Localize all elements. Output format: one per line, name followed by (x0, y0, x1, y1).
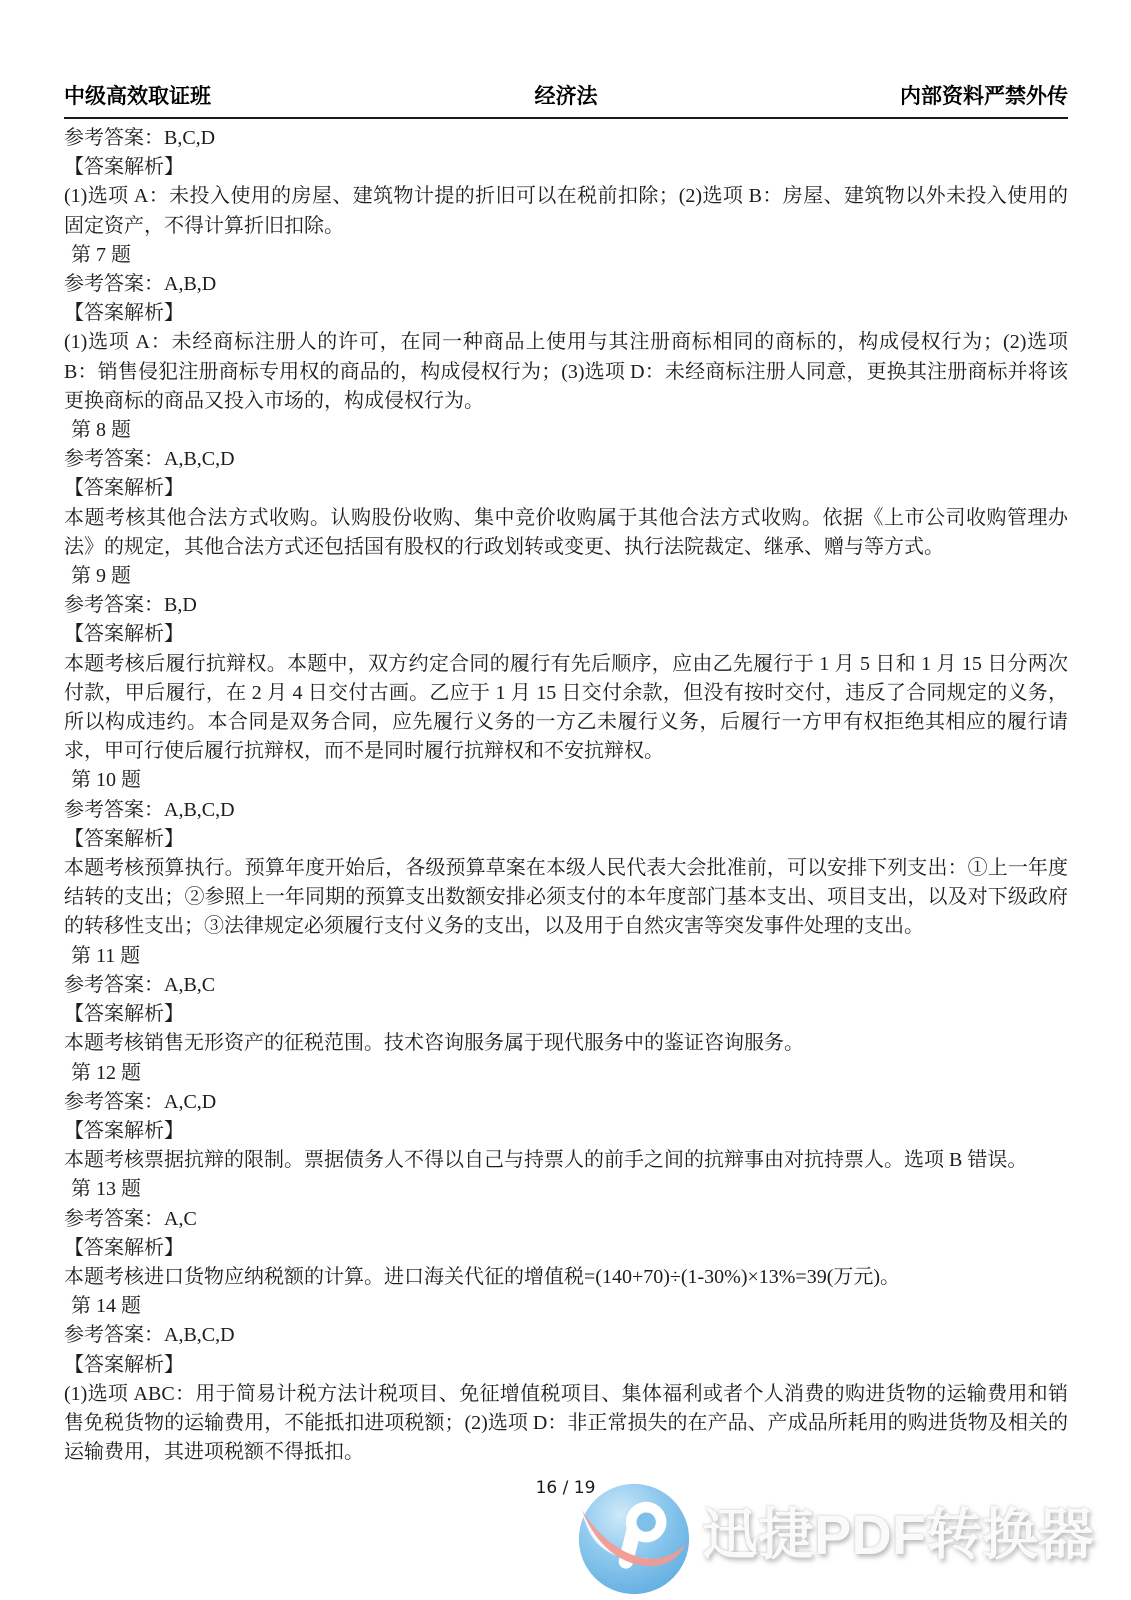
question-title: 第 14 题 (64, 1292, 1068, 1321)
document-page: 中级高效取证班 经济法 内部资料严禁外传 参考答案：B,C,D【答案解析】(1)… (0, 0, 1131, 1467)
analysis-label: 【答案解析】 (64, 153, 1068, 182)
analysis-label: 【答案解析】 (64, 1234, 1068, 1263)
answer-line: 参考答案：A,B,C (64, 971, 1068, 1000)
analysis-text: 本题考核票据抗辩的限制。票据债务人不得以自己与持票人的前手之间的抗辩事由对抗持票… (64, 1146, 1068, 1175)
answer-line: 参考答案：A,B,D (64, 270, 1068, 299)
analysis-text: (1)选项 ABC：用于简易计税方法计税项目、免征增值税项目、集体福利或者个人消… (64, 1380, 1068, 1468)
document-body: 参考答案：B,C,D【答案解析】(1)选项 A：未投入使用的房屋、建筑物计提的折… (64, 124, 1068, 1467)
page-header: 中级高效取证班 经济法 内部资料严禁外传 (64, 80, 1068, 110)
analysis-label: 【答案解析】 (64, 1351, 1068, 1380)
pdf-converter-logo-icon (576, 1481, 692, 1597)
answer-line: 参考答案：B,D (64, 591, 1068, 620)
question-title: 第 11 题 (64, 942, 1068, 971)
analysis-label: 【答案解析】 (64, 299, 1068, 328)
analysis-text: 本题考核后履行抗辩权。本题中，双方约定合同的履行有先后顺序，应由乙先履行于 1 … (64, 650, 1068, 767)
analysis-label: 【答案解析】 (64, 1117, 1068, 1146)
analysis-text: 本题考核进口货物应纳税额的计算。进口海关代征的增值税=(140+70)÷(1-3… (64, 1263, 1068, 1292)
analysis-text: 本题考核销售无形资产的征税范围。技术咨询服务属于现代服务中的鉴证咨询服务。 (64, 1029, 1068, 1058)
question-title: 第 9 题 (64, 562, 1068, 591)
question-title: 第 7 题 (64, 241, 1068, 270)
analysis-label: 【答案解析】 (64, 474, 1068, 503)
analysis-label: 【答案解析】 (64, 620, 1068, 649)
answer-line: 参考答案：A,C (64, 1205, 1068, 1234)
watermark: 迅捷PDF转换器 (576, 1481, 1094, 1597)
analysis-text: (1)选项 A：未投入使用的房屋、建筑物计提的折旧可以在税前扣除；(2)选项 B… (64, 182, 1068, 240)
analysis-text: 本题考核预算执行。预算年度开始后，各级预算草案在本级人民代表大会批准前，可以安排… (64, 854, 1068, 942)
question-title: 第 10 题 (64, 766, 1068, 795)
header-course-name: 中级高效取证班 (64, 80, 535, 110)
question-title: 第 13 题 (64, 1175, 1068, 1204)
answer-line: 参考答案：A,C,D (64, 1088, 1068, 1117)
question-title: 第 8 题 (64, 416, 1068, 445)
analysis-label: 【答案解析】 (64, 825, 1068, 854)
answer-line: 参考答案：A,B,C,D (64, 445, 1068, 474)
header-divider (64, 117, 1068, 119)
answer-line: 参考答案：A,B,C,D (64, 1321, 1068, 1350)
analysis-text: 本题考核其他合法方式收购。认购股份收购、集中竞价收购属于其他合法方式收购。依据《… (64, 504, 1068, 562)
question-title: 第 12 题 (64, 1059, 1068, 1088)
header-subject-title: 经济法 (535, 80, 598, 110)
analysis-label: 【答案解析】 (64, 1000, 1068, 1029)
answer-line: 参考答案：B,C,D (64, 124, 1068, 153)
header-confidential-notice: 内部资料严禁外传 (598, 80, 1069, 110)
watermark-text: 迅捷PDF转换器 (702, 1491, 1094, 1571)
analysis-text: (1)选项 A：未经商标注册人的许可，在同一种商品上使用与其注册商标相同的商标的… (64, 328, 1068, 416)
answer-line: 参考答案：A,B,C,D (64, 796, 1068, 825)
